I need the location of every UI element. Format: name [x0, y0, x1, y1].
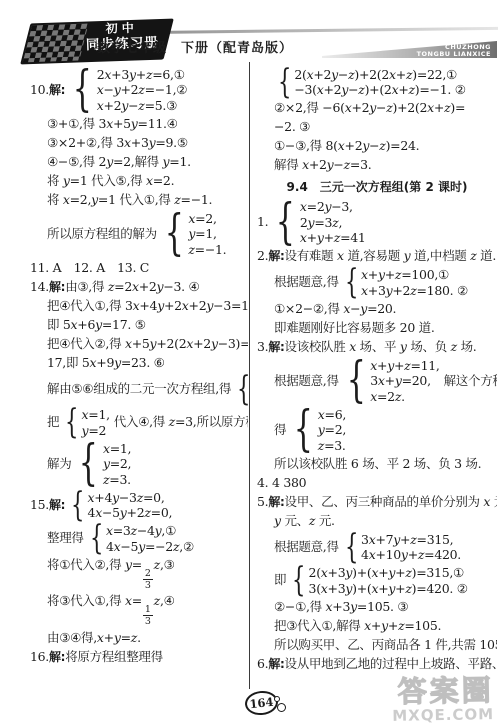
- equation-stack: 3x+7y+z=315,4x+10y+z=420.: [361, 532, 461, 563]
- text-run: 解这个方程组,: [444, 373, 497, 388]
- system-brace-icon: {: [278, 68, 291, 97]
- solution-line: ①×2−②,得 x−y=20.: [257, 301, 497, 318]
- text-run: x+4y−3z=0,: [88, 490, 165, 505]
- text-run: 将原方程组整理得: [65, 649, 163, 664]
- text-run: 把: [47, 414, 59, 429]
- text-run: 设该校队胜 x 场、平 y 场、负 z 场.: [285, 339, 477, 354]
- equation: 3x+y=20,: [370, 373, 439, 389]
- equation: z=3.: [318, 438, 346, 454]
- solution-line: 将 y=1 代入⑤,得 x=2.: [30, 173, 248, 190]
- solution-line: 3.解:设该校队胜 x 场、平 y 场、负 z 场.: [257, 339, 497, 356]
- text-run: 2y=3z,: [300, 215, 342, 230]
- equation: y=2,: [103, 456, 131, 472]
- text-run: 所以该校队胜 6 场、平 2 场、负 3 场.: [274, 456, 481, 471]
- text-run: 把④代入①,得 3x+4y+2x+2y−3=14,: [47, 298, 248, 313]
- system-prefix: 把: [47, 414, 59, 431]
- page-number-ribbon-icon: [277, 703, 286, 712]
- text-run: x=2z.: [370, 389, 405, 404]
- equation-stack: x+y+z=11,3x+y=20,x=2z.: [370, 358, 439, 405]
- text-run: 将 x=2,y=1 代入①,得 z=−1.: [47, 192, 212, 207]
- system-brace-icon: {: [292, 566, 305, 595]
- text-run: x=6,: [318, 407, 346, 422]
- column-divider: [249, 62, 250, 689]
- equation: 3x+7y+z=315,: [361, 532, 461, 548]
- equation-stack: x+4y−3z=0,4x−5y+2z=0,: [88, 490, 173, 521]
- equation-system-line: 解为{x=1,y=2,z=3.: [30, 441, 248, 488]
- equation: x=2y−3,: [300, 199, 366, 215]
- text-run: 设从甲地到乙地的过程中上坡路、平路、: [285, 656, 497, 671]
- bold-label: 解:: [268, 657, 284, 671]
- text-run: 所以购买甲、乙、丙商品各 1 件,共需 105 元.: [274, 637, 497, 652]
- text-run: x+3y+2z=180. ②: [361, 283, 468, 298]
- equation-stack: x=2y−3,2y=3z,x+y+z=41: [300, 199, 366, 246]
- equation: x+4y−3z=0,: [88, 490, 173, 506]
- equation: x=6,: [318, 407, 346, 423]
- text-run: 2x+3y+z=6,①: [97, 67, 185, 82]
- equation: x=2,: [188, 211, 226, 227]
- solution-line: 将①代入②,得 y=23z,③: [30, 557, 248, 591]
- bold-label: 解:: [268, 340, 284, 354]
- text-run: ①−③,得 8(x+2y−z)=24.: [274, 138, 419, 153]
- equation-system-line: 1.{x=2y−3,2y=3z,x+y+z=41: [257, 199, 497, 246]
- corner-text: CHUZHONG TONGBU LIANXICE: [417, 44, 491, 58]
- text-run: 5.: [257, 494, 268, 509]
- system-suffix: 解这个方程组,: [444, 373, 497, 390]
- system-prefix: 10.解:: [30, 82, 65, 99]
- text-run: ③+①,得 3x+5y=11.④: [47, 116, 178, 131]
- fraction: 23: [143, 569, 153, 591]
- system-suffix: 代入④,得 z=3,所以原方程组的: [114, 414, 248, 431]
- equation: x+y+z=41: [300, 230, 366, 246]
- text-run: z,③: [154, 557, 175, 572]
- text-run: 设有难题 x 道,容易题 y 道,中档题 z 道.: [285, 248, 497, 263]
- right-column: {2(x+2y−z)+2(2x+z)=22,①−3(x+2y−z)+(2x+z)…: [257, 64, 497, 690]
- solution-line: y 元、z 元.: [257, 513, 497, 530]
- solution-line: ④−⑤,得 2y=2,解得 y=1.: [30, 154, 248, 171]
- system-brace-icon: {: [294, 409, 313, 450]
- text-run: ①×2−②,得 x−y=20.: [274, 301, 396, 316]
- system-prefix: 根据题意,得: [274, 274, 339, 291]
- system-brace-icon: {: [71, 491, 84, 520]
- equation: z=−1.: [188, 242, 226, 258]
- equation-system-line: {2(x+2y−z)+2(2x+z)=22,①−3(x+2y−z)+(2x+z)…: [257, 67, 497, 98]
- solution-line: 把④代入②,得 x+5y+2(2x+2y−3)=: [30, 336, 248, 353]
- text-run: 根据题意,得: [274, 274, 339, 289]
- text-run: 2(x+3y)+(x+y+z)=315,①: [309, 565, 464, 580]
- equation-system-line: 10.解:{2x+3y+z=6,①x−y+2z=−1,②x+2y−z=5.③: [30, 67, 248, 114]
- system-brace-icon: {: [90, 524, 103, 553]
- text-run: ④−⑤,得 2y=2,解得 y=1.: [47, 154, 191, 169]
- text-run: z=−1.: [188, 242, 226, 257]
- system-prefix: 解为: [47, 456, 71, 473]
- equation: 2y=3z,: [300, 215, 366, 231]
- solution-line: ②×2,得 −6(x+2y−z)+2(2x+z)=: [257, 100, 497, 117]
- text-run: 2(x+2y−z)+2(2x+z)=22,①: [294, 67, 457, 82]
- text-run: 即: [274, 572, 286, 587]
- text-run: 由③,得 z=2x+2y−3. ④: [65, 279, 199, 294]
- text-run: 把③代入①,解得 x+y+z=105.: [274, 618, 441, 633]
- system-brace-icon: {: [345, 533, 358, 562]
- equation: 2(x+2y−z)+2(2x+z)=22,①: [294, 67, 465, 83]
- system-prefix: 所以原方程组的解为: [47, 226, 157, 243]
- equation: x+y+z=100,①: [361, 267, 468, 283]
- text-run: −2. ③: [274, 119, 310, 134]
- equation: 2x+3y+z=6,①: [97, 67, 187, 83]
- system-brace-icon: {: [345, 268, 358, 297]
- text-run: 所以原方程组的解为: [47, 226, 157, 241]
- system-brace-icon: {: [65, 408, 78, 437]
- text-run: y 元、z 元.: [274, 513, 335, 528]
- system-prefix: 根据题意,得: [274, 373, 339, 390]
- equation: x+y+z=11,: [370, 358, 439, 374]
- text-run: x=3z−4y,①: [106, 523, 176, 538]
- equation: 4x+10y+z=420.: [361, 547, 461, 563]
- text-run: 17,即 5x+9y=23. ⑥: [47, 355, 165, 370]
- text-run: 10.: [30, 82, 49, 97]
- solution-line: ③+①,得 3x+5y=11.④: [30, 116, 248, 133]
- text-run: x=1,: [103, 441, 131, 456]
- solution-line: 2.解:设有难题 x 道,容易题 y 道,中档题 z 道.: [257, 248, 497, 265]
- corner-text-line2: TONGBU LIANXICE: [417, 51, 491, 58]
- solution-line: ③×2+②,得 3x+3y=9.⑤: [30, 135, 248, 152]
- text-run: 6.: [257, 656, 268, 671]
- text-run: 由③④得,x+y=z.: [47, 630, 141, 645]
- text-run: 将①代入②,得 y=: [47, 557, 142, 572]
- text-run: 代入④,得 z=3,所以原方程组的: [114, 414, 248, 429]
- equation-system-line: 15.解:{x+4y−3z=0,4x−5y+2z=0,: [30, 490, 248, 521]
- equation-stack: x=3z−4y,①4x−5y=−2z,②: [106, 523, 194, 554]
- text-run: x=2y−3,: [300, 199, 353, 214]
- text-run: x+y+z=41: [300, 230, 366, 245]
- page-title: 数学七年级 下册（配青岛版）: [0, 37, 390, 56]
- text-run: 设甲、乙、丙三种商品的单价分别为 x 元、: [285, 494, 497, 509]
- header-rule: [140, 27, 498, 34]
- text-run: y=1,: [188, 226, 216, 241]
- text-run: 2.: [257, 248, 268, 263]
- solution-line: 11. A 12. A 13. C: [30, 260, 248, 277]
- equation: x+2y−z=5.③: [97, 98, 187, 114]
- text-run: y=2,: [318, 422, 346, 437]
- solution-line: ②−①,得 x+3y=105. ③: [257, 599, 497, 616]
- watermark-logo-text: 答案圈: [392, 675, 494, 707]
- text-run: 整理得: [47, 530, 84, 545]
- text-run: x=1,: [82, 407, 110, 422]
- equation-stack: x+y+z=100,①x+3y+2z=180. ②: [361, 267, 468, 298]
- solution-line: 4. 4 380: [257, 475, 497, 492]
- equation: y=2,: [318, 422, 346, 438]
- bold-label: 解:: [49, 83, 65, 97]
- equation: 4x−5y=−2z,②: [106, 539, 194, 555]
- text-run: x+2y−z=5.③: [97, 98, 177, 113]
- equation: x−y+2z=−1,②: [97, 82, 187, 98]
- text-run: x+y+z=100,①: [361, 267, 449, 282]
- equation-system-line: 根据题意,得{x+y+z=100,①x+3y+2z=180. ②: [257, 267, 497, 298]
- solution-line: 即 5x+6y=17. ⑤: [30, 317, 248, 334]
- equation-system-line: 所以原方程组的解为{x=2,y=1,z=−1.: [30, 211, 248, 258]
- text-run: 14.: [30, 279, 49, 294]
- solution-line: 把④代入①,得 3x+4y+2x+2y−3=14,: [30, 298, 248, 315]
- equation-system-line: 即{2(x+3y)+(x+y+z)=315,①3(x+3y)+(x+y+z)=4…: [257, 565, 497, 596]
- bold-label: 解:: [49, 650, 65, 664]
- equation: −3(x+2y−z)+(2x+z)=−1. ②: [294, 82, 465, 98]
- text-run: 3x+y=20,: [370, 373, 431, 388]
- text-run: 解由⑤⑥组成的二元一次方程组,得: [47, 381, 231, 396]
- section-heading: 9.4 三元一次方程组(第 2 课时): [257, 179, 497, 196]
- solution-line: 所以购买甲、乙、丙商品各 1 件,共需 105 元.: [257, 637, 497, 654]
- solution-line: 由③④得,x+y=z.: [30, 630, 248, 647]
- equation: x=2z.: [370, 389, 439, 405]
- text-run: z,④: [154, 593, 175, 608]
- text-run: 即难题刚好比容易题多 20 道.: [274, 320, 435, 335]
- watermark: 答案圈 MXQE.COM: [392, 675, 495, 724]
- text-run: 3(x+3y)+(x+y+z)=420. ②: [309, 581, 468, 596]
- text-run: 3x+7y+z=315,: [361, 532, 453, 547]
- text-run: ②−①,得 x+3y=105. ③: [274, 599, 408, 614]
- equation-stack: x=6,y=2,z=3.: [318, 407, 346, 454]
- text-run: 解为: [47, 456, 71, 471]
- text-run: 根据题意,得: [274, 539, 339, 554]
- text-run: 得: [274, 422, 286, 437]
- solution-line: 6.解:设从甲地到乙地的过程中上坡路、平路、: [257, 656, 497, 673]
- system-brace-icon: {: [165, 213, 184, 254]
- text-run: 解得 x+2y−z=3.: [274, 157, 371, 172]
- equation-system-line: 整理得{x=3z−4y,①4x−5y=−2z,②: [30, 523, 248, 554]
- text-run: z=3.: [103, 472, 131, 487]
- text-run: 15.: [30, 497, 49, 512]
- equation-stack: 2(x+3y)+(x+y+z)=315,①3(x+3y)+(x+y+z)=420…: [309, 565, 468, 596]
- system-brace-icon: {: [79, 443, 98, 484]
- equation-stack: x=1,y=2,z=3.: [103, 441, 131, 488]
- system-prefix: 整理得: [47, 530, 84, 547]
- equation-system-line: 解由⑤⑥组成的二元一次方程组,得{x=1,y=2: [30, 374, 248, 405]
- solution-line: 所以该校队胜 6 场、平 2 场、负 3 场.: [257, 456, 497, 473]
- text-run: z=3.: [318, 438, 346, 453]
- equation: x=3z−4y,①: [106, 523, 194, 539]
- text-run: y=2,: [103, 456, 131, 471]
- equation: y=1,: [188, 226, 226, 242]
- equation-system-line: 把{x=1,y=2代入④,得 z=3,所以原方程组的: [30, 407, 248, 438]
- bold-label: 解:: [268, 249, 284, 263]
- equation: x=1,: [82, 407, 110, 423]
- equation-system-line: 得{x=6,y=2,z=3.: [257, 407, 497, 454]
- equation: x+3y+2z=180. ②: [361, 283, 468, 299]
- equation: 3(x+3y)+(x+y+z)=420. ②: [309, 581, 468, 597]
- solution-line: 将 x=2,y=1 代入①,得 z=−1.: [30, 192, 248, 209]
- equation-stack: x=1,y=2: [82, 407, 110, 438]
- text-run: 1.: [257, 214, 268, 229]
- system-prefix: 即: [274, 572, 286, 589]
- system-brace-icon: {: [346, 360, 365, 401]
- solution-line: 把③代入①,解得 x+y+z=105.: [257, 618, 497, 635]
- left-column: 10.解:{2x+3y+z=6,①x−y+2z=−1,②x+2y−z=5.③③+…: [30, 64, 248, 690]
- text-run: −3(x+2y−z)+(2x+z)=−1. ②: [294, 82, 465, 97]
- equation-stack: 2x+3y+z=6,①x−y+2z=−1,②x+2y−z=5.③: [97, 67, 187, 114]
- solution-line: −2. ③: [257, 119, 497, 136]
- text-run: x−y+2z=−1,②: [97, 82, 187, 97]
- text-run: 3.: [257, 339, 268, 354]
- solution-line: 5.解:设甲、乙、丙三种商品的单价分别为 x 元、: [257, 494, 497, 511]
- bold-label: 解:: [49, 498, 65, 512]
- system-brace-icon: {: [276, 202, 295, 243]
- text-run: x=2,: [188, 211, 216, 226]
- solution-line: 16.解:将原方程组整理得: [30, 649, 248, 666]
- solution-line: 将③代入①,得 x=13z,④: [30, 593, 248, 627]
- system-prefix: 得: [274, 422, 286, 439]
- solution-line: ①−③,得 8(x+2y−z)=24.: [257, 138, 497, 155]
- text-run: ②×2,得 −6(x+2y−z)+2(2x+z)=: [274, 100, 465, 115]
- page-number-ribbon-small-icon: [274, 696, 280, 702]
- equation: z=3.: [103, 472, 131, 488]
- equation: x=1,: [103, 441, 131, 457]
- system-brace-icon: {: [73, 69, 92, 110]
- watermark-site-text: MXQE.COM: [392, 705, 494, 724]
- equation-system-line: 根据题意,得{3x+7y+z=315,4x+10y+z=420.: [257, 532, 497, 563]
- system-prefix: 根据题意,得: [274, 539, 339, 556]
- text-run: 将 y=1 代入⑤,得 x=2.: [47, 173, 174, 188]
- solution-line: 解得 x+2y−z=3.: [257, 157, 497, 174]
- solution-line: 即难题刚好比容易题多 20 道.: [257, 320, 497, 337]
- equation-system-line: 根据题意,得{x+y+z=11,3x+y=20,x=2z.解这个方程组,: [257, 358, 497, 405]
- bold-label: 解:: [49, 280, 65, 294]
- equation-stack: x=2,y=1,z=−1.: [188, 211, 226, 258]
- equation: 2(x+3y)+(x+y+z)=315,①: [309, 565, 468, 581]
- text-run: 16.: [30, 649, 49, 664]
- text-run: 将③代入①,得 x=: [47, 593, 142, 608]
- system-brace-icon: {: [237, 375, 248, 404]
- fraction: 13: [143, 605, 153, 627]
- text-run: 4. 4 380: [257, 475, 306, 490]
- text-run: 4x+10y+z=420.: [361, 547, 461, 562]
- text-run: x+y+z=11,: [370, 358, 439, 373]
- system-prefix: 15.解:: [30, 497, 65, 514]
- system-prefix: 1.: [257, 214, 268, 231]
- text-run: 4x−5y=−2z,②: [106, 539, 194, 554]
- solution-line: 14.解:由③,得 z=2x+2y−3. ④: [30, 279, 248, 296]
- text-run: ③×2+②,得 3x+3y=9.⑤: [47, 135, 188, 150]
- text-run: 把④代入②,得 x+5y+2(2x+2y−3)=: [47, 336, 248, 351]
- bold-label: 解:: [268, 495, 284, 509]
- text-run: 即 5x+6y=17. ⑤: [47, 317, 146, 332]
- bold-label: 9.4 三元一次方程组(第 2 课时): [287, 180, 468, 194]
- system-prefix: 解由⑤⑥组成的二元一次方程组,得: [47, 381, 231, 398]
- equation-stack: 2(x+2y−z)+2(2x+z)=22,①−3(x+2y−z)+(2x+z)=…: [294, 67, 465, 98]
- solution-line: 17,即 5x+9y=23. ⑥: [30, 355, 248, 372]
- text-run: 11. A 12. A 13. C: [30, 260, 149, 275]
- page-number-badge: 164: [244, 689, 279, 716]
- text-run: 根据题意,得: [274, 373, 339, 388]
